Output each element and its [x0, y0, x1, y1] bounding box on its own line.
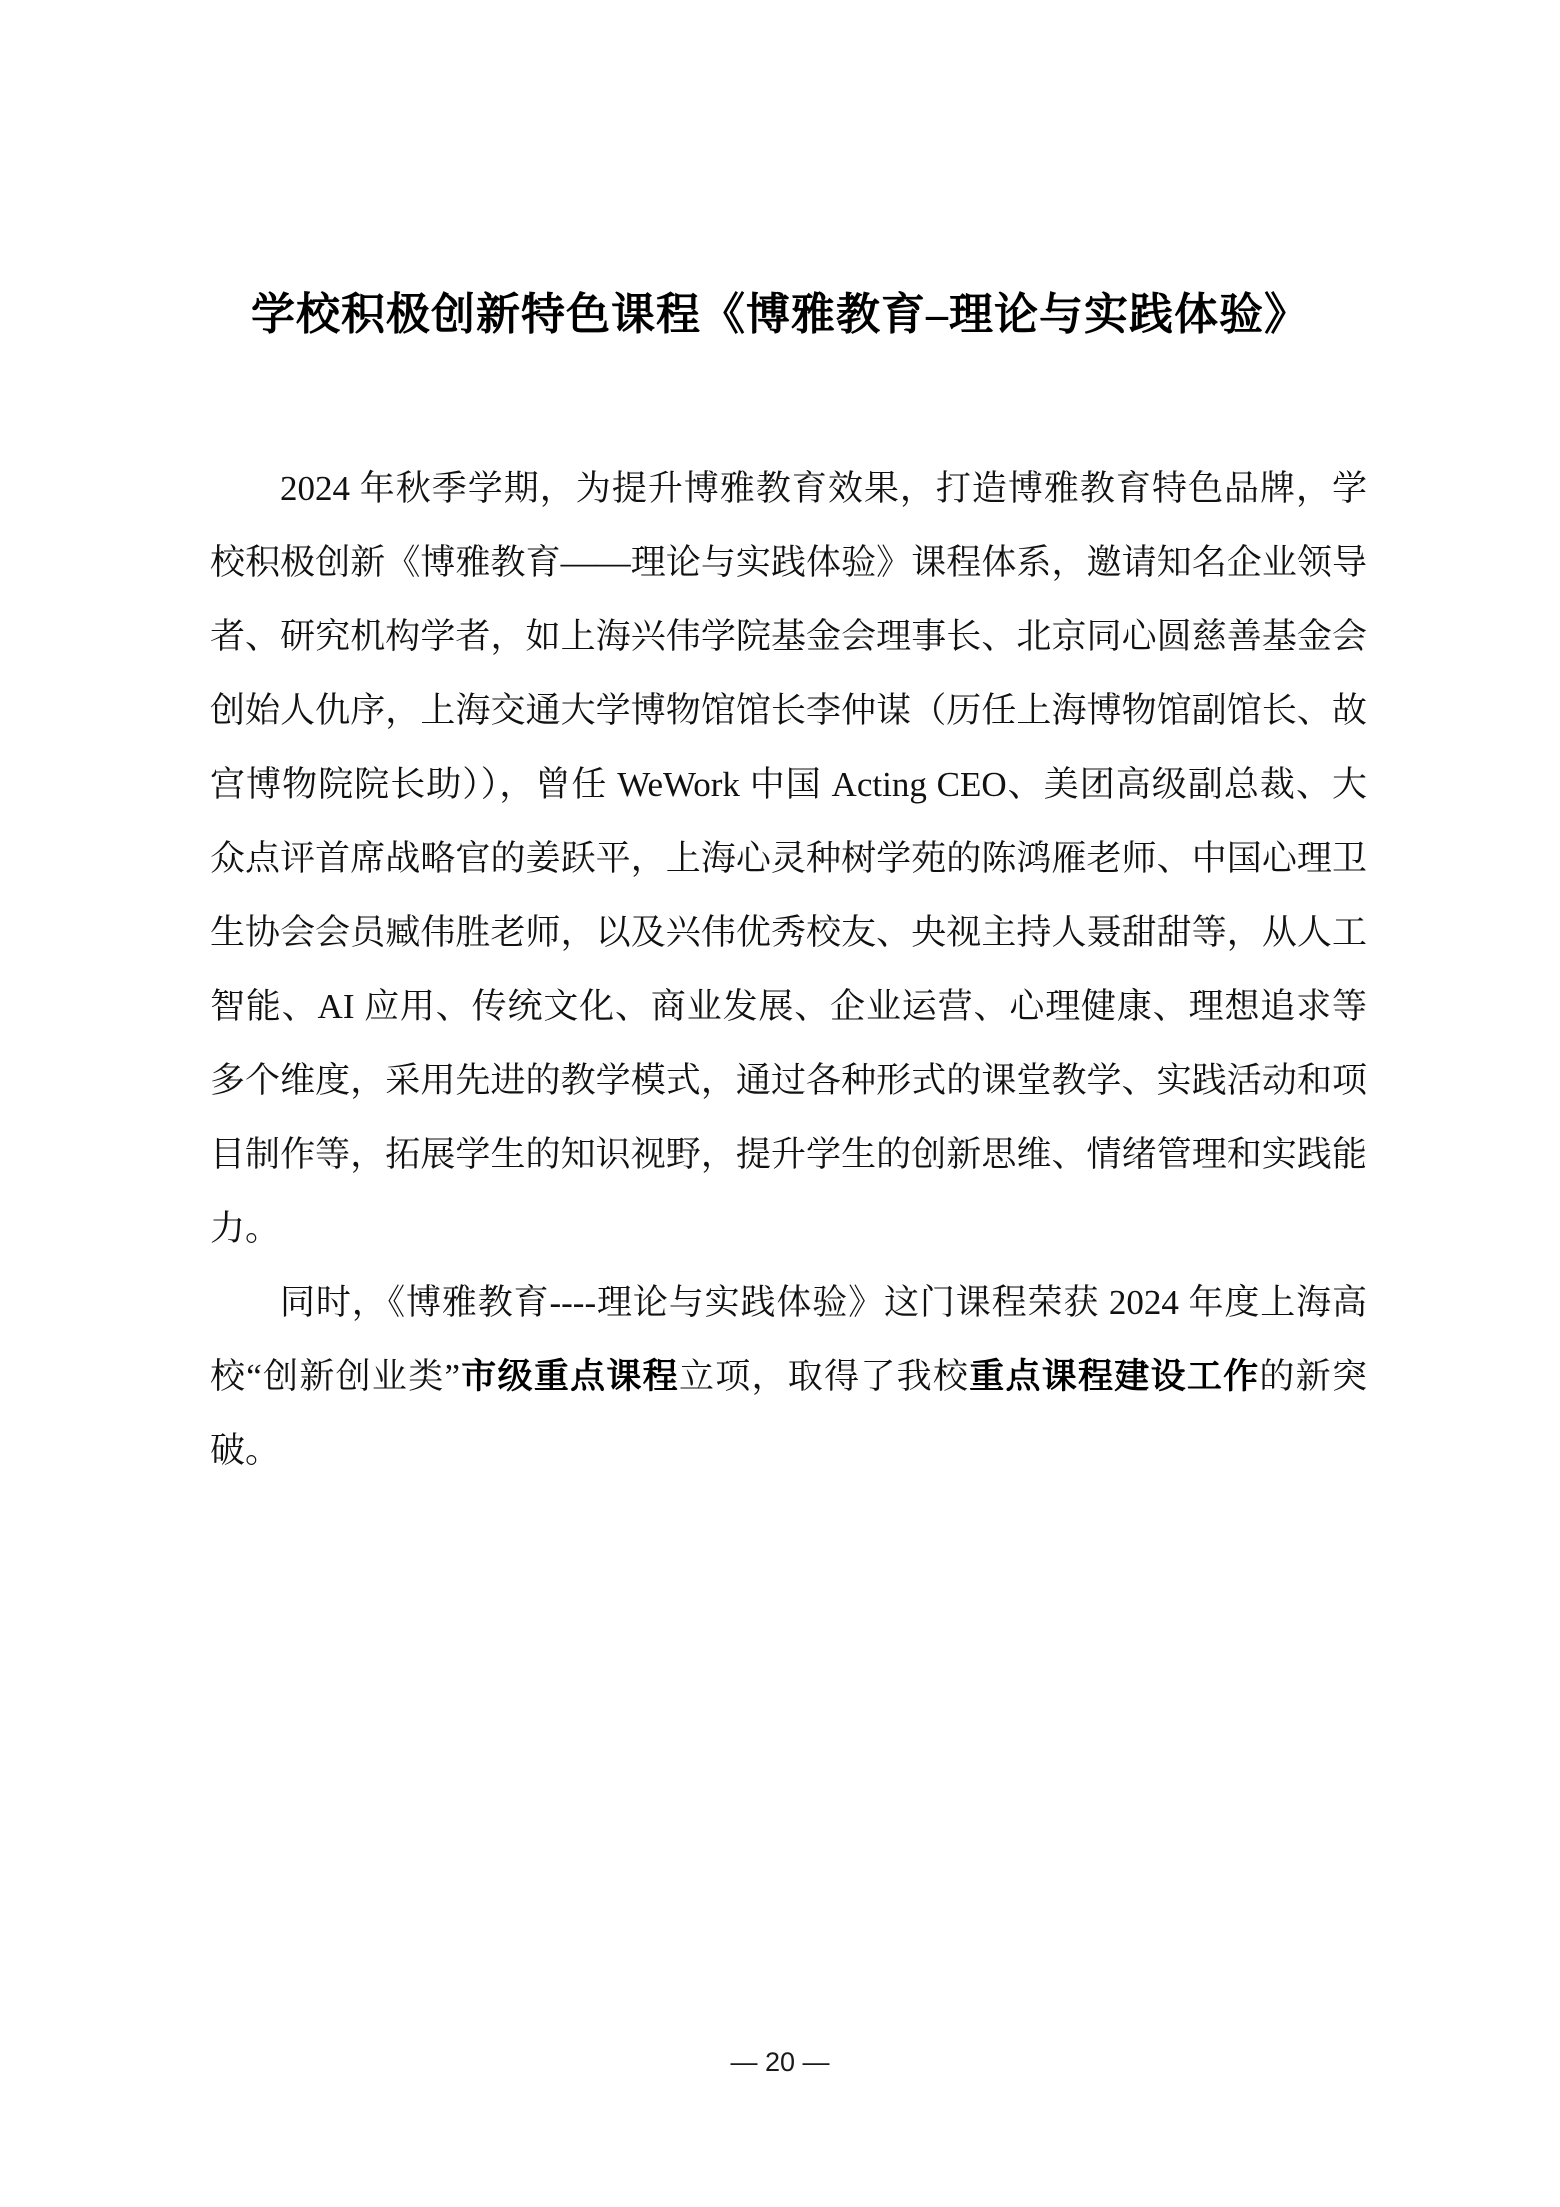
paragraph-2: 同时，《博雅教育----理论与实践体验》这门课程荣获 2024 年度上海高校“创…: [210, 1266, 1367, 1488]
text-segment: 2024 年秋季学期，为提升博雅教育效果，打造博雅教育特色品牌，学校积极创新《博…: [210, 469, 1367, 1248]
bold-text-segment: 重点课程建设工作: [969, 1357, 1259, 1396]
bold-text-segment: 市级重点课程: [460, 1357, 679, 1396]
page-number: — 20 —: [0, 2046, 1560, 2078]
document-page: 学校积极创新特色课程《博雅教育–理论与实践体验》 2024 年秋季学期，为提升博…: [0, 0, 1560, 2207]
paragraph-1: 2024 年秋季学期，为提升博雅教育效果，打造博雅教育特色品牌，学校积极创新《博…: [210, 452, 1367, 1266]
page-title: 学校积极创新特色课程《博雅教育–理论与实践体验》: [0, 291, 1560, 339]
text-segment: 立项，取得了我校: [679, 1357, 969, 1396]
document-body: 2024 年秋季学期，为提升博雅教育效果，打造博雅教育特色品牌，学校积极创新《博…: [210, 452, 1367, 1488]
